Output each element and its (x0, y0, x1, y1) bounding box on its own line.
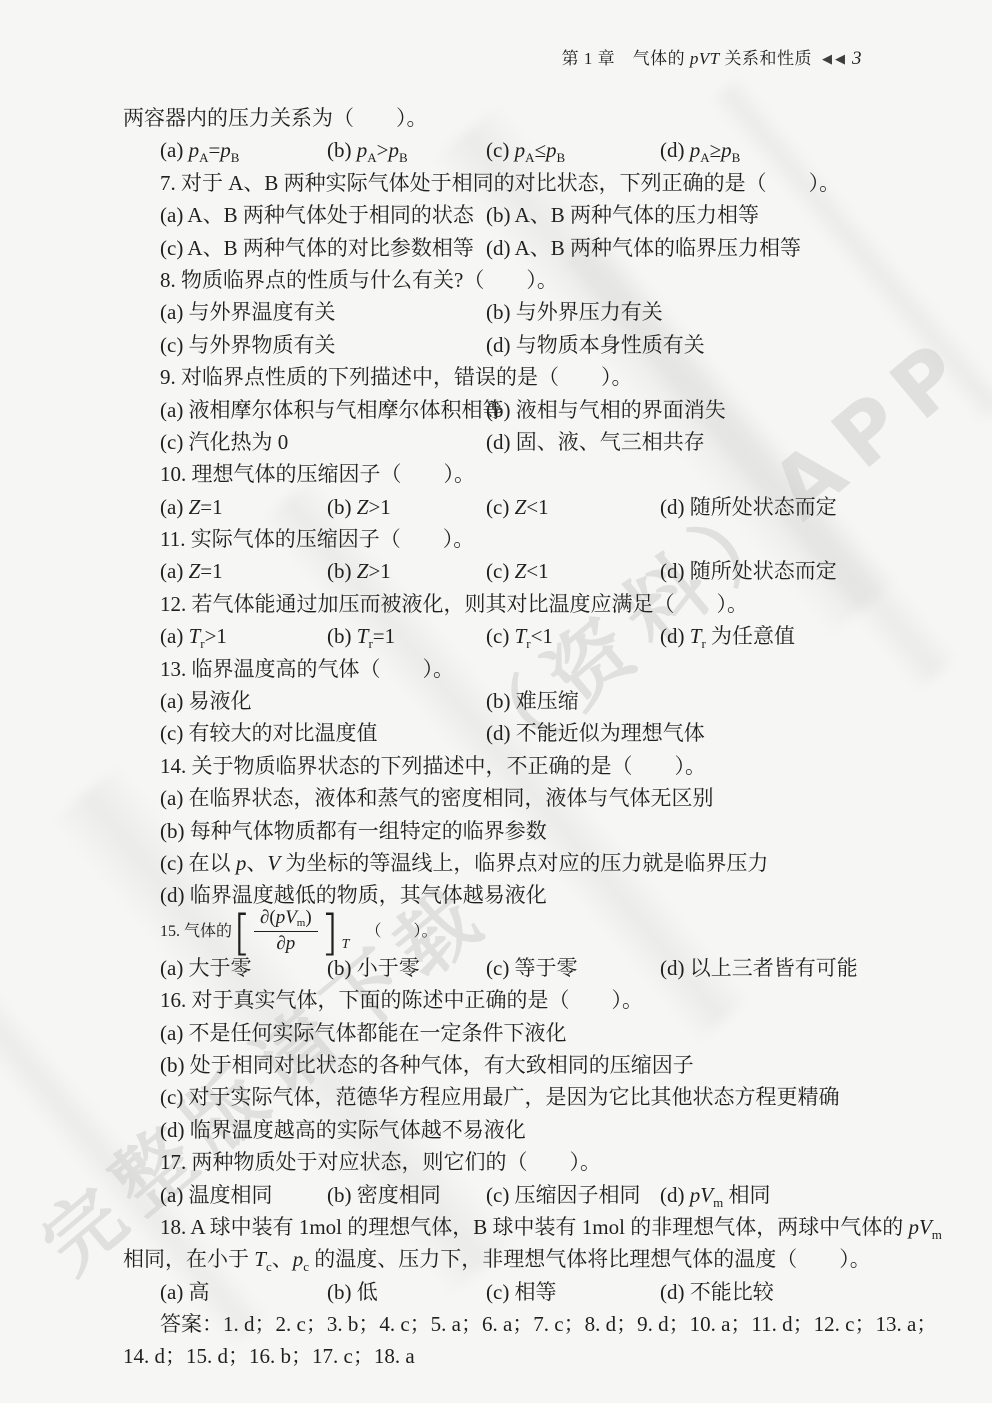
q16-option-d: (d) 临界温度越高的实际气体越不易液化 (123, 1114, 956, 1146)
fraction-numerator: ∂(pVm) (254, 907, 318, 932)
q8-options-cd: (c) 与外界物质有关(d) 与物质本身性质有关 (123, 329, 956, 361)
option-d: (d) 与物质本身性质有关 (486, 329, 705, 361)
q18-options: (a) 高(b) 低(c) 相等(d) 不能比较 (123, 1276, 956, 1308)
option-c: (c) Tr<1 (486, 620, 660, 652)
q17-stem: 17. 两种物质处于对应状态，则它们的（ ）。 (123, 1146, 956, 1178)
option-c: (c) 压缩因子相同 (486, 1179, 660, 1211)
q12-options: (a) Tr>1(b) Tr=1(c) Tr<1(d) Tr 为任意值 (123, 620, 956, 652)
option-c: (c) 等于零 (486, 952, 660, 984)
text-run: 10. 理想气体的压缩因子（ ）。 (160, 462, 475, 486)
option-d: (d) 固、液、气三相共存 (486, 426, 705, 458)
text-run: 11. 实际气体的压缩因子（ ）。 (160, 527, 474, 551)
option-b: (b) 低 (327, 1276, 486, 1308)
option-b: (b) pA>pB (327, 134, 486, 166)
option-b: (b) 每种气体物质都有一组特定的临界参数 (160, 815, 547, 847)
option-b: (b) 小于零 (327, 952, 486, 984)
q15-formula: 15. 气体的[∂(pVm)∂p]T（ ）。 (123, 912, 956, 952)
q11-options: (a) Z=1(b) Z>1(c) Z<1(d) 随所处状态而定 (123, 555, 956, 587)
text-run: 答案：1. d；2. c；3. b；4. c；5. a；6. a；7. c；8.… (160, 1312, 937, 1336)
option-d: (d) A、B 两种气体的临界压力相等 (486, 232, 801, 264)
q13-stem: 13. 临界温度高的气体（ ）。 (123, 653, 956, 685)
page-number: 3 (852, 48, 862, 69)
left-bracket: [ (233, 908, 251, 956)
option-c: (c) Z<1 (486, 491, 660, 523)
text-run: 12. 若气体能通过加压而被液化，则其对比温度应满足（ ）。 (160, 592, 748, 616)
option-c: (c) pA≤pB (486, 134, 660, 166)
option-c: (c) 相等 (486, 1276, 660, 1308)
answers-line2: 14. d；15. d；16. b；17. c；18. a (123, 1340, 956, 1372)
option-c: (c) 汽化热为 0 (160, 426, 486, 458)
q7-options-cd: (c) A、B 两种气体的对比参数相等(d) A、B 两种气体的临界压力相等 (123, 232, 956, 264)
option-a: (a) A、B 两种气体处于相同的状态 (160, 199, 486, 231)
option-d: (d) 随所处状态而定 (660, 555, 837, 587)
option-b: (b) Z>1 (327, 555, 486, 587)
q14-option-c: (c) 在以 p、V 为坐标的等温线上，临界点对应的压力就是临界压力 (123, 847, 956, 879)
q14-stem: 14. 关于物质临界状态的下列描述中，不正确的是（ ）。 (123, 750, 956, 782)
option-a: (a) 温度相同 (160, 1179, 327, 1211)
option-d: (d) 以上三者皆有可能 (660, 952, 858, 984)
option-a: (a) 与外界温度有关 (160, 296, 486, 328)
questions-area: 两容器内的压力关系为（ ）。(a) pA=pB(b) pA>pB(c) pA≤p… (123, 102, 956, 1373)
option-c: (c) 与外界物质有关 (160, 329, 486, 361)
q16-option-b: (b) 处于相同对比状态的各种气体，有大致相同的压缩因子 (123, 1049, 956, 1081)
option-a: (a) pA=pB (160, 134, 327, 166)
option-b: (b) 密度相同 (327, 1179, 486, 1211)
text-run: 8. 物质临界点的性质与什么有关?（ ）。 (160, 268, 558, 292)
partial-derivative-fraction: ∂(pVm)∂p (254, 907, 318, 956)
option-c: (c) 对于实际气体，范德华方程应用最广，是因为它比其他状态方程更精确 (160, 1081, 840, 1113)
q18-stem-line2: 相同，在小于 Tc、pc 的温度、压力下，非理想气体将比理想气体的温度（ ）。 (123, 1243, 956, 1275)
q13-options-cd: (c) 有较大的对比温度值(d) 不能近似为理想气体 (123, 717, 956, 749)
option-a: (a) 在临界状态，液体和蒸气的密度相同，液体与气体无区别 (160, 782, 714, 814)
q8-options-ab: (a) 与外界温度有关(b) 与外界压力有关 (123, 296, 956, 328)
answer-blank-parens: （ ）。 (365, 924, 437, 940)
q10-options: (a) Z=1(b) Z>1(c) Z<1(d) 随所处状态而定 (123, 491, 956, 523)
option-d: (d) Tr 为任意值 (660, 620, 795, 652)
option-b: (b) A、B 两种气体的压力相等 (486, 199, 759, 231)
option-c: (c) 在以 p、V 为坐标的等温线上，临界点对应的压力就是临界压力 (160, 847, 768, 879)
q14-option-b: (b) 每种气体物质都有一组特定的临界参数 (123, 815, 956, 847)
option-a: (a) 高 (160, 1276, 327, 1308)
option-a: (a) Z=1 (160, 491, 327, 523)
option-c: (c) A、B 两种气体的对比参数相等 (160, 232, 486, 264)
q7-options-ab: (a) A、B 两种气体处于相同的状态(b) A、B 两种气体的压力相等 (123, 199, 956, 231)
right-bracket: ] (321, 908, 339, 956)
option-d: (d) 随所处状态而定 (660, 491, 837, 523)
option-a: (a) 易液化 (160, 685, 486, 717)
option-d: (d) 不能比较 (660, 1276, 774, 1308)
q9-options-ab: (a) 液相摩尔体积与气相摩尔体积相等(b) 液相与气相的界面消失 (123, 394, 956, 426)
left-arrows-icon: ◀◀ (822, 52, 848, 67)
option-c: (c) 有较大的对比温度值 (160, 717, 486, 749)
text-run: 9. 对临界点性质的下列描述中，错误的是（ ）。 (160, 365, 633, 389)
text-run: 14. d；15. d；16. b；17. c；18. a (123, 1344, 415, 1368)
q10-stem: 10. 理想气体的压缩因子（ ）。 (123, 458, 956, 490)
text-run: 14. 关于物质临界状态的下列描述中，不正确的是（ ）。 (160, 754, 706, 778)
option-d: (d) pA≥pB (660, 134, 740, 166)
option-d: (d) 临界温度越高的实际气体越不易液化 (160, 1114, 526, 1146)
text-run: 两容器内的压力关系为（ ）。 (123, 106, 428, 130)
text-run: 17. 两种物质处于对应状态，则它们的（ ）。 (160, 1150, 601, 1174)
scanned-textbook-page: （资料）APP 完整版请下载 第 1 章 气体的 pVT 关系和性质◀◀3 两容… (0, 0, 992, 1403)
text-run: 相同，在小于 Tc、pc 的温度、压力下，非理想气体将比理想气体的温度（ ）。 (123, 1247, 871, 1271)
q16-option-c: (c) 对于实际气体，范德华方程应用最广，是因为它比其他状态方程更精确 (123, 1081, 956, 1113)
option-b: (b) 处于相同对比状态的各种气体，有大致相同的压缩因子 (160, 1049, 694, 1081)
answers-line1: 答案：1. d；2. c；3. b；4. c；5. a；6. a；7. c；8.… (123, 1308, 956, 1340)
option-a: (a) Tr>1 (160, 620, 327, 652)
q11-stem: 11. 实际气体的压缩因子（ ）。 (123, 523, 956, 555)
chapter-heading: 第 1 章 气体的 pVT 关系和性质 (562, 49, 812, 68)
text-run: 7. 对于 A、B 两种实际气体处于相同的对比状态，下列正确的是（ ）。 (160, 171, 840, 195)
text-run: 13. 临界温度高的气体（ ）。 (160, 657, 454, 681)
q17-options: (a) 温度相同(b) 密度相同(c) 压缩因子相同(d) pVm 相同 (123, 1179, 956, 1211)
option-b: (b) Z>1 (327, 491, 486, 523)
page-header: 第 1 章 气体的 pVT 关系和性质◀◀3 (562, 44, 862, 70)
q13-options-ab: (a) 易液化(b) 难压缩 (123, 685, 956, 717)
q12-stem: 12. 若气体能通过加压而被液化，则其对比温度应满足（ ）。 (123, 588, 956, 620)
q9-stem: 9. 对临界点性质的下列描述中，错误的是（ ）。 (123, 361, 956, 393)
option-d: (d) 不能近似为理想气体 (486, 717, 705, 749)
formula-lead-text: 15. 气体的 (160, 924, 232, 940)
q6-options: (a) pA=pB(b) pA>pB(c) pA≤pB(d) pA≥pB (123, 134, 956, 166)
option-a: (a) Z=1 (160, 555, 327, 587)
option-c: (c) Z<1 (486, 555, 660, 587)
text-run: 16. 对于真实气体，下面的陈述中正确的是（ ）。 (160, 988, 643, 1012)
q16-option-a: (a) 不是任何实际气体都能在一定条件下液化 (123, 1017, 956, 1049)
q7-stem: 7. 对于 A、B 两种实际气体处于相同的对比状态，下列正确的是（ ）。 (123, 167, 956, 199)
option-b: (b) 液相与气相的界面消失 (486, 394, 726, 426)
option-b: (b) Tr=1 (327, 620, 486, 652)
q14-option-a: (a) 在临界状态，液体和蒸气的密度相同，液体与气体无区别 (123, 782, 956, 814)
option-b: (b) 与外界压力有关 (486, 296, 663, 328)
text-run: 18. A 球中装有 1mol 的理想气体，B 球中装有 1mol 的非理想气体… (160, 1215, 942, 1239)
q8-stem: 8. 物质临界点的性质与什么有关?（ ）。 (123, 264, 956, 296)
option-a: (a) 液相摩尔体积与气相摩尔体积相等 (160, 394, 486, 426)
option-a: (a) 不是任何实际气体都能在一定条件下液化 (160, 1017, 567, 1049)
q9-options-cd: (c) 汽化热为 0(d) 固、液、气三相共存 (123, 426, 956, 458)
option-b: (b) 难压缩 (486, 685, 579, 717)
option-d: (d) pVm 相同 (660, 1179, 770, 1211)
constant-T-subscript: T (342, 938, 350, 952)
q6-continuation: 两容器内的压力关系为（ ）。 (123, 102, 956, 134)
q18-stem-line1: 18. A 球中装有 1mol 的理想气体，B 球中装有 1mol 的非理想气体… (123, 1211, 956, 1243)
option-d: (d) 临界温度越低的物质，其气体越易液化 (160, 879, 547, 911)
q16-stem: 16. 对于真实气体，下面的陈述中正确的是（ ）。 (123, 984, 956, 1016)
